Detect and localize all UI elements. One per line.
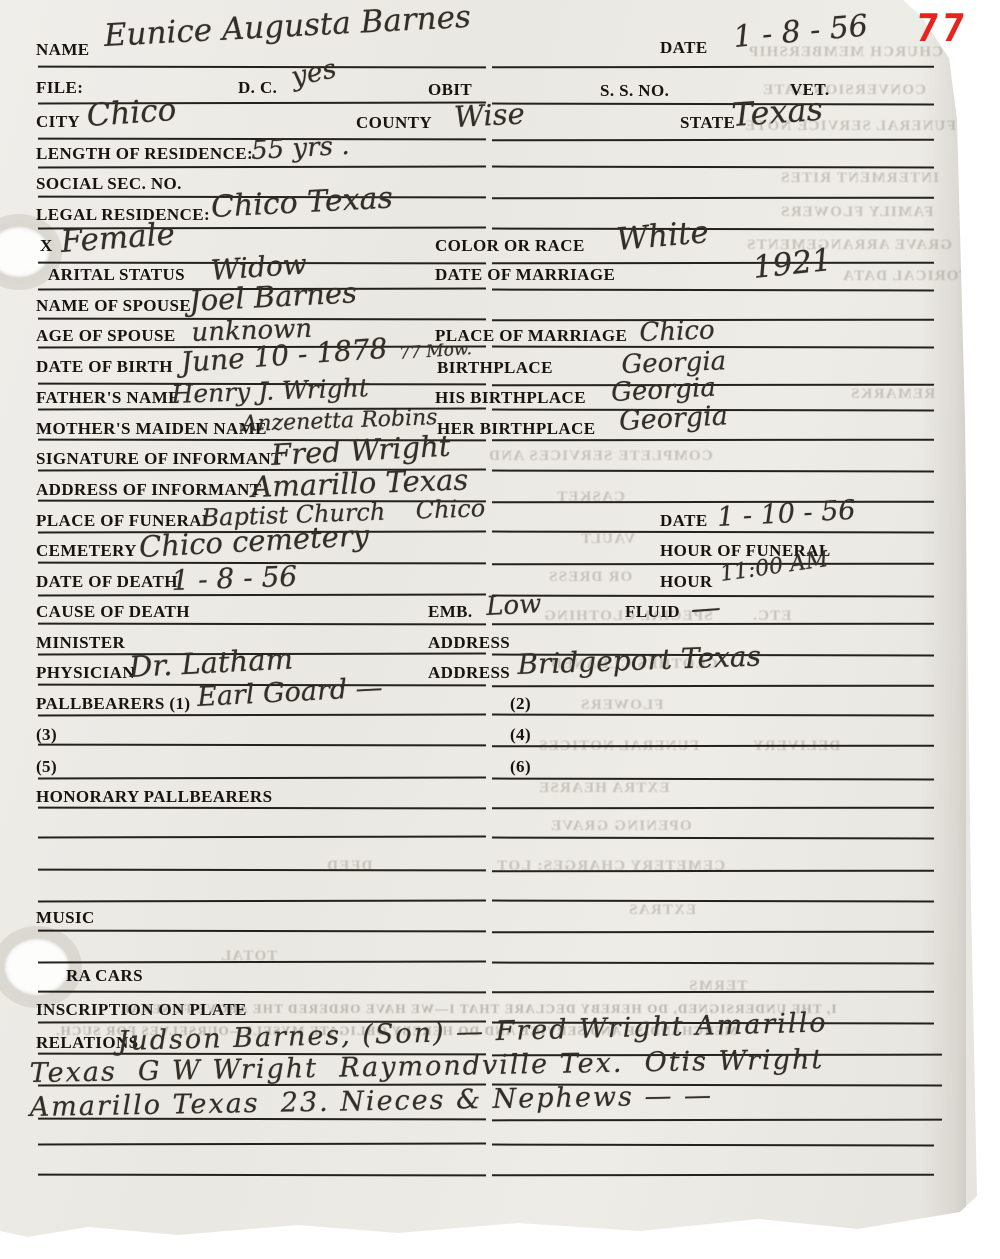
field-physician-label: PHYSICIAN xyxy=(36,663,135,683)
form-line xyxy=(492,1174,934,1177)
form-line xyxy=(492,103,934,106)
field-hour-label: HOUR xyxy=(660,572,713,592)
field-city-value: Chico xyxy=(85,92,177,134)
paper-sheet: CHURCH MEMBERSHIP CONVERSION DATE FUNERA… xyxy=(0,0,984,1246)
field-ssno-label: S. S. NO. xyxy=(600,81,669,101)
field-pallbearers-2-label: (2) xyxy=(510,694,531,714)
field-minister-address-label: ADDRESS xyxy=(428,633,510,653)
form-line xyxy=(492,470,934,473)
field-file-label: FILE: xyxy=(36,78,83,98)
field-extra-cars-label: RA CARS xyxy=(66,966,143,986)
field-social-sec-no-label: SOCIAL SEC. NO. xyxy=(36,174,182,194)
field-length-of-residence-label: LENGTH OF RESIDENCE: xyxy=(36,144,253,164)
field-name-value: Eunice Augusta Barnes xyxy=(103,0,472,54)
field-marital-status-label: ARITAL STATUS xyxy=(48,265,185,285)
field-his-birthplace-label: HIS BIRTHPLACE xyxy=(435,388,586,408)
field-age-of-spouse-label: AGE OF SPOUSE xyxy=(36,326,176,346)
field-date-of-death-value: 1 - 8 - 56 xyxy=(171,560,298,597)
field-pallbearers-4-label: (4) xyxy=(510,725,531,745)
ghost-text: REMARKS xyxy=(850,386,935,403)
form-line xyxy=(492,501,934,504)
field-county-label: COUNTY xyxy=(356,113,432,133)
ghost-text: FLOWERS xyxy=(580,697,663,714)
scanned-funeral-record: CHURCH MEMBERSHIP CONVERSION DATE FUNERA… xyxy=(0,0,1000,1259)
field-name-of-spouse-label: NAME OF SPOUSE xyxy=(36,296,191,316)
field-date-of-marriage-label: DATE OF MARRIAGE xyxy=(435,265,615,285)
form-line xyxy=(38,66,486,69)
field-fathers-name-label: FATHER'S NAME xyxy=(36,388,180,408)
form-line xyxy=(492,837,934,840)
field-date-of-birth-label: DATE OF BIRTH xyxy=(36,357,173,377)
form-line xyxy=(38,869,486,872)
field-funeral-date-value: 1 - 10 - 56 xyxy=(716,495,856,533)
field-fluid-value: — xyxy=(690,590,722,627)
field-color-or-race-label: COLOR OR RACE xyxy=(435,236,585,256)
ghost-text: HISTORICAL DATA xyxy=(842,268,999,285)
ghost-text: OR DRESS xyxy=(548,569,632,586)
field-birthplace-label: BIRTHPLACE xyxy=(437,358,553,378)
form-line xyxy=(492,1144,934,1147)
field-pallbearers-5-label: (5) xyxy=(36,757,57,777)
form-line xyxy=(38,807,486,810)
field-length-of-residence-value: 55 yrs . xyxy=(250,131,350,166)
form-line xyxy=(38,166,486,169)
field-address-of-informant-label: ADDRESS OF INFORMANT xyxy=(36,480,262,500)
field-pallbearers-6-label: (6) xyxy=(510,757,531,777)
field-name-label: NAME xyxy=(36,40,90,60)
field-funeral-date-label: DATE xyxy=(660,511,708,531)
form-line xyxy=(492,807,934,810)
form-line xyxy=(38,1143,486,1146)
form-line xyxy=(38,900,486,903)
ghost-text: FAMILY FLOWERS xyxy=(780,204,933,221)
form-line xyxy=(38,744,486,747)
form-line xyxy=(492,289,934,292)
ghost-text: COMPLETE SERVICES AND xyxy=(488,448,713,465)
field-physician-address-label: ADDRESS xyxy=(428,663,510,683)
ghost-text: INTERMENT RITES xyxy=(780,170,939,187)
form-line xyxy=(492,714,934,717)
field-pallbearers-3-label: (3) xyxy=(36,725,57,745)
field-emb-label: EMB. xyxy=(428,602,473,622)
field-fluid-label: FLUID xyxy=(625,602,680,622)
form-line xyxy=(38,991,486,994)
field-her-birthplace-label: HER BIRTHPLACE xyxy=(437,419,596,439)
field-dc-value: yes xyxy=(289,53,340,93)
field-state-value: Texas xyxy=(730,90,824,134)
form-line xyxy=(38,1174,486,1177)
field-legal-residence-value: Chico Texas xyxy=(210,181,393,225)
field-sex-value: Female xyxy=(59,216,176,260)
field-her-birthplace-value: Georgia xyxy=(618,400,728,437)
field-sex-label: X xyxy=(40,236,53,256)
form-line xyxy=(492,991,934,994)
form-line xyxy=(492,1119,942,1122)
field-obit-label: OBIT xyxy=(428,80,472,100)
form-line xyxy=(492,262,934,265)
form-line xyxy=(38,836,486,839)
field-mothers-maiden-name-label: MOTHER'S MAIDEN NAME xyxy=(36,419,267,439)
form-line xyxy=(492,685,934,688)
form-line xyxy=(492,900,934,903)
ghost-text: DEED xyxy=(326,858,372,875)
ghost-text: EXTRAS xyxy=(628,902,696,919)
page-number: 77 xyxy=(914,6,970,50)
form-line xyxy=(492,228,934,231)
form-line xyxy=(492,66,934,69)
field-honorary-pallbearers-label: HONORARY PALLBEARERS xyxy=(36,787,272,807)
field-date-label: DATE xyxy=(660,38,708,58)
field-emb-value: Low xyxy=(485,589,542,622)
form-line xyxy=(492,870,934,873)
field-cause-of-death-label: CAUSE OF DEATH xyxy=(36,602,190,622)
form-line xyxy=(492,931,934,934)
field-date-of-death-label: DATE OF DEATH xyxy=(36,572,178,592)
form-line xyxy=(38,623,486,626)
field-minister-label: MINISTER xyxy=(36,633,125,653)
field-date-of-marriage-value: 1921 xyxy=(751,242,833,286)
form-line xyxy=(492,139,934,142)
field-physician-address-value: Bridgeport Texas xyxy=(517,640,762,681)
form-line xyxy=(492,439,934,442)
field-signature-of-informant-label: SIGNATURE OF INFORMANT xyxy=(36,449,283,469)
field-city-label: CITY xyxy=(36,112,80,132)
field-state-label: STATE xyxy=(680,113,735,133)
form-line xyxy=(492,563,934,566)
form-line xyxy=(492,166,934,169)
form-line xyxy=(492,531,934,534)
field-music-label: MUSIC xyxy=(36,908,95,928)
ghost-text: EXTRA HEARSE xyxy=(538,780,670,797)
field-pallbearers-1-label: PALLBEARERS (1) xyxy=(36,694,190,714)
form-line xyxy=(38,777,486,780)
ghost-text: CEMETERY CHARGES: LOT xyxy=(496,858,725,875)
field-county-value: Wise xyxy=(453,96,525,134)
ghost-text: CASKET xyxy=(556,489,625,506)
hole-punch-bottom xyxy=(4,938,70,996)
ghost-text: OPENING GRAVE xyxy=(550,818,692,835)
form-line xyxy=(492,745,934,748)
field-dc-label: D. C. xyxy=(238,78,277,98)
field-inscription-on-plate-label: INSCRIPTION ON PLATE xyxy=(36,1000,247,1020)
ghost-text: VAULT xyxy=(580,531,635,548)
field-cemetery-label: CEMETERY xyxy=(36,541,137,561)
form-line xyxy=(38,930,486,933)
form-line xyxy=(492,962,934,965)
field-place-of-marriage-value: Chico xyxy=(639,315,715,348)
field-fathers-name-value: Henry J. Wright xyxy=(171,373,369,409)
form-line xyxy=(492,197,934,200)
field-color-or-race-value: White xyxy=(615,214,710,258)
form-line xyxy=(38,594,486,597)
